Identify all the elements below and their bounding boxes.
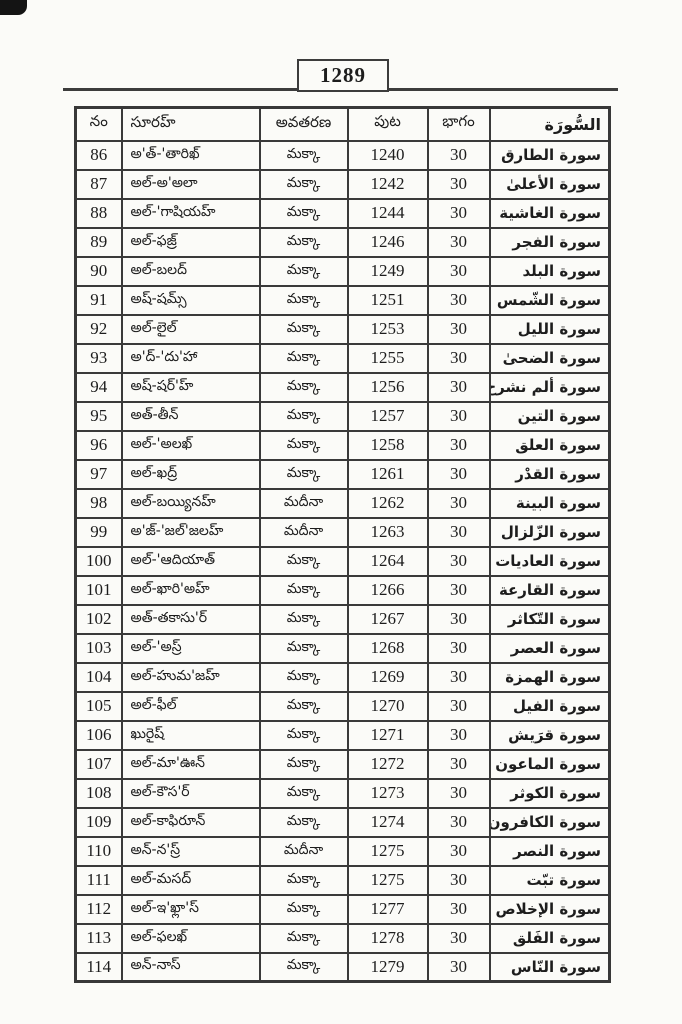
cell-page: 1266 [348, 576, 428, 605]
cell-number: 108 [76, 779, 122, 808]
cell-revelation: మక్కా [260, 431, 348, 460]
cell-surah-telugu: అల్-హుమ'జహ్ [122, 663, 260, 692]
cell-part: 30 [428, 547, 490, 576]
cell-page: 1261 [348, 460, 428, 489]
table-row: 108అల్-కౌస'ర్మక్కా127330سورة الكوثر [76, 779, 610, 808]
cell-revelation: మక్కా [260, 663, 348, 692]
col-header-page: పుట [348, 108, 428, 141]
cell-part: 30 [428, 257, 490, 286]
col-header-part: భాగం [428, 108, 490, 141]
cell-surah-arabic: سورة العلق [490, 431, 610, 460]
cell-surah-telugu: అల్-ఫలఖ్ [122, 924, 260, 953]
cell-part: 30 [428, 431, 490, 460]
cell-revelation: మక్కా [260, 373, 348, 402]
cell-page: 1272 [348, 750, 428, 779]
table-row: 102అత్-తకాసు'ర్మక్కా126730سورة التّكاثر [76, 605, 610, 634]
table-row: 109అల్-కాఫిరూన్మక్కా127430سورة الكافرون [76, 808, 610, 837]
cell-surah-telugu: అల్-మా'ఊన్ [122, 750, 260, 779]
cell-surah-arabic: سورة الهمزة [490, 663, 610, 692]
cell-surah-arabic: سورة ألم نشرح [490, 373, 610, 402]
cell-page: 1264 [348, 547, 428, 576]
cell-part: 30 [428, 460, 490, 489]
cell-surah-arabic: سورة الضحىٰ [490, 344, 610, 373]
cell-surah-telugu: అష్-షర్'హ్ [122, 373, 260, 402]
cell-surah-arabic: سورة البلد [490, 257, 610, 286]
cell-page: 1255 [348, 344, 428, 373]
cell-page: 1240 [348, 141, 428, 170]
cell-surah-arabic: سورة التّكاثر [490, 605, 610, 634]
cell-revelation: మక్కా [260, 228, 348, 257]
cell-part: 30 [428, 344, 490, 373]
cell-number: 91 [76, 286, 122, 315]
cell-page: 1277 [348, 895, 428, 924]
cell-surah-telugu: అత్-తకాసు'ర్ [122, 605, 260, 634]
cell-revelation: మక్కా [260, 953, 348, 982]
cell-surah-arabic: سورة العاديات [490, 547, 610, 576]
cell-surah-telugu: అల్-కౌస'ర్ [122, 779, 260, 808]
cell-revelation: మక్కా [260, 924, 348, 953]
cell-number: 104 [76, 663, 122, 692]
cell-revelation: మక్కా [260, 721, 348, 750]
cell-page: 1275 [348, 837, 428, 866]
cell-part: 30 [428, 402, 490, 431]
table-row: 103అల్-'అస్ర్మక్కా126830سورة العصر [76, 634, 610, 663]
table-row: 95అత్-తీన్మక్కా125730سورة التين [76, 402, 610, 431]
cell-part: 30 [428, 576, 490, 605]
cell-surah-arabic: سورة الكوثر [490, 779, 610, 808]
cell-page: 1270 [348, 692, 428, 721]
cell-number: 101 [76, 576, 122, 605]
cell-part: 30 [428, 924, 490, 953]
cell-number: 88 [76, 199, 122, 228]
cell-surah-telugu: అల్-బలద్ [122, 257, 260, 286]
cell-part: 30 [428, 895, 490, 924]
cell-number: 97 [76, 460, 122, 489]
table-row: 113అల్-ఫలఖ్మక్కా127830سورة الفَلق [76, 924, 610, 953]
table-row: 99అ'జ్-'జల్'జలహ్మదీనా126330سورة الزّلزال [76, 518, 610, 547]
cell-page: 1246 [348, 228, 428, 257]
cell-revelation: మక్కా [260, 257, 348, 286]
scan-artifact [0, 0, 27, 15]
cell-surah-telugu: అ'జ్-'జల్'జలహ్ [122, 518, 260, 547]
cell-part: 30 [428, 808, 490, 837]
cell-part: 30 [428, 286, 490, 315]
cell-number: 107 [76, 750, 122, 779]
table-row: 93అ'ద్-'దు'హామక్కా125530سورة الضحىٰ [76, 344, 610, 373]
table-row: 110అన్-న'స్ర్మదీనా127530سورة النصر [76, 837, 610, 866]
cell-surah-telugu: అల్-ఖారి'అహ్ [122, 576, 260, 605]
cell-revelation: మదీనా [260, 518, 348, 547]
cell-number: 114 [76, 953, 122, 982]
cell-revelation: మక్కా [260, 779, 348, 808]
cell-surah-telugu: ఖురైష్ [122, 721, 260, 750]
table-row: 86అ'త్-'తారిఖ్మక్కా124030سورة الطارق [76, 141, 610, 170]
cell-part: 30 [428, 315, 490, 344]
cell-surah-arabic: سورة الزّلزال [490, 518, 610, 547]
table-row: 90అల్-బలద్మక్కా124930سورة البلد [76, 257, 610, 286]
cell-surah-telugu: అల్-ఇ'ఖ్లా'స్ [122, 895, 260, 924]
cell-surah-arabic: سورة قرَيش [490, 721, 610, 750]
cell-surah-arabic: سورة النّاس [490, 953, 610, 982]
cell-page: 1256 [348, 373, 428, 402]
cell-number: 106 [76, 721, 122, 750]
surah-index-table: నం సూరహ్ అవతరణ పుట భాగం السُّورَة 86అ'త్… [74, 106, 611, 983]
cell-revelation: మక్కా [260, 634, 348, 663]
table-row: 100అల్-'ఆదియాత్మక్కా126430سورة العاديات [76, 547, 610, 576]
cell-part: 30 [428, 605, 490, 634]
cell-number: 99 [76, 518, 122, 547]
cell-part: 30 [428, 489, 490, 518]
cell-surah-telugu: అల్-ఫీల్ [122, 692, 260, 721]
cell-part: 30 [428, 373, 490, 402]
cell-revelation: మక్కా [260, 895, 348, 924]
cell-part: 30 [428, 837, 490, 866]
cell-page: 1274 [348, 808, 428, 837]
cell-surah-arabic: سورة العصر [490, 634, 610, 663]
cell-surah-arabic: سورة الإخلاص [490, 895, 610, 924]
cell-revelation: మక్కా [260, 315, 348, 344]
cell-surah-telugu: అల్-'అలఖ్ [122, 431, 260, 460]
col-header-surah: సూరహ్ [122, 108, 260, 141]
cell-surah-telugu: అల్-అ'అలా [122, 170, 260, 199]
table-row: 101అల్-ఖారి'అహ్మక్కా126630سورة القارعة [76, 576, 610, 605]
table-row: 88అల్-'గాషియహ్మక్కా124430سورة الغاشية [76, 199, 610, 228]
cell-surah-telugu: అల్-'అస్ర్ [122, 634, 260, 663]
table-row: 91అష్-షమ్స్మక్కా125130سورة الشّمس [76, 286, 610, 315]
cell-page: 1279 [348, 953, 428, 982]
cell-surah-arabic: سورة الطارق [490, 141, 610, 170]
cell-page: 1268 [348, 634, 428, 663]
cell-part: 30 [428, 170, 490, 199]
cell-surah-arabic: سورة الكافرون [490, 808, 610, 837]
cell-number: 94 [76, 373, 122, 402]
cell-number: 105 [76, 692, 122, 721]
table-row: 111అల్-మసద్మక్కా127530سورة تبّت [76, 866, 610, 895]
cell-number: 87 [76, 170, 122, 199]
cell-surah-arabic: سورة الفيل [490, 692, 610, 721]
cell-part: 30 [428, 779, 490, 808]
cell-surah-arabic: سورة الغاشية [490, 199, 610, 228]
cell-number: 90 [76, 257, 122, 286]
cell-number: 96 [76, 431, 122, 460]
cell-surah-arabic: سورة الأعلىٰ [490, 170, 610, 199]
cell-surah-arabic: سورة القدْر [490, 460, 610, 489]
cell-number: 92 [76, 315, 122, 344]
cell-part: 30 [428, 228, 490, 257]
cell-surah-arabic: سورة البينة [490, 489, 610, 518]
table-row: 105అల్-ఫీల్మక్కా127030سورة الفيل [76, 692, 610, 721]
surah-index: నం సూరహ్ అవతరణ పుట భాగం السُّورَة 86అ'త్… [74, 106, 611, 983]
cell-number: 113 [76, 924, 122, 953]
cell-number: 100 [76, 547, 122, 576]
cell-part: 30 [428, 634, 490, 663]
cell-number: 103 [76, 634, 122, 663]
cell-revelation: మక్కా [260, 170, 348, 199]
cell-page: 1275 [348, 866, 428, 895]
cell-surah-arabic: سورة الشّمس [490, 286, 610, 315]
cell-revelation: మక్కా [260, 344, 348, 373]
cell-surah-arabic: سورة الماعون [490, 750, 610, 779]
cell-surah-telugu: అత్-తీన్ [122, 402, 260, 431]
cell-number: 110 [76, 837, 122, 866]
cell-surah-arabic: سورة النصر [490, 837, 610, 866]
table-row: 96అల్-'అలఖ్మక్కా125830سورة العلق [76, 431, 610, 460]
cell-part: 30 [428, 866, 490, 895]
cell-revelation: మక్కా [260, 808, 348, 837]
table-row: 89అల్-ఫజ్ర్మక్కా124630سورة الفجر [76, 228, 610, 257]
col-header-number: నం [76, 108, 122, 141]
cell-revelation: మక్కా [260, 750, 348, 779]
cell-page: 1249 [348, 257, 428, 286]
cell-revelation: మక్కా [260, 141, 348, 170]
cell-surah-telugu: అల్-ఫజ్ర్ [122, 228, 260, 257]
cell-number: 111 [76, 866, 122, 895]
cell-revelation: మక్కా [260, 692, 348, 721]
table-row: 94అష్-షర్'హ్మక్కా125630سورة ألم نشرح [76, 373, 610, 402]
cell-surah-telugu: అ'త్-'తారిఖ్ [122, 141, 260, 170]
cell-part: 30 [428, 750, 490, 779]
cell-revelation: మక్కా [260, 576, 348, 605]
page-number-box: 1289 [297, 59, 389, 92]
cell-part: 30 [428, 518, 490, 547]
header-row: నం సూరహ్ అవతరణ పుట భాగం السُّورَة [76, 108, 610, 141]
cell-page: 1271 [348, 721, 428, 750]
cell-number: 102 [76, 605, 122, 634]
table-row: 107అల్-మా'ఊన్మక్కా127230سورة الماعون [76, 750, 610, 779]
cell-surah-telugu: అల్-ఖద్ర్ [122, 460, 260, 489]
cell-part: 30 [428, 199, 490, 228]
cell-surah-arabic: سورة تبّت [490, 866, 610, 895]
cell-page: 1267 [348, 605, 428, 634]
col-header-surah-arabic: السُّورَة [490, 108, 610, 141]
cell-revelation: మదీనా [260, 489, 348, 518]
cell-surah-telugu: అన్-న'స్ర్ [122, 837, 260, 866]
cell-page: 1251 [348, 286, 428, 315]
cell-revelation: మక్కా [260, 402, 348, 431]
cell-page: 1273 [348, 779, 428, 808]
cell-surah-telugu: అల్-'ఆదియాత్ [122, 547, 260, 576]
cell-number: 109 [76, 808, 122, 837]
cell-part: 30 [428, 721, 490, 750]
col-header-revelation: అవతరణ [260, 108, 348, 141]
cell-revelation: మదీనా [260, 837, 348, 866]
cell-part: 30 [428, 953, 490, 982]
cell-surah-arabic: سورة الفجر [490, 228, 610, 257]
cell-part: 30 [428, 692, 490, 721]
cell-surah-telugu: అన్-నాస్ [122, 953, 260, 982]
cell-part: 30 [428, 663, 490, 692]
cell-surah-telugu: అల్-లైల్ [122, 315, 260, 344]
cell-number: 93 [76, 344, 122, 373]
cell-page: 1258 [348, 431, 428, 460]
page-number: 1289 [320, 63, 366, 88]
cell-revelation: మక్కా [260, 286, 348, 315]
cell-page: 1242 [348, 170, 428, 199]
cell-surah-telugu: అల్-కాఫిరూన్ [122, 808, 260, 837]
table-row: 112అల్-ఇ'ఖ్లా'స్మక్కా127730سورة الإخلاص [76, 895, 610, 924]
table-row: 97అల్-ఖద్ర్మక్కా126130سورة القدْر [76, 460, 610, 489]
cell-page: 1253 [348, 315, 428, 344]
cell-part: 30 [428, 141, 490, 170]
cell-number: 95 [76, 402, 122, 431]
cell-number: 89 [76, 228, 122, 257]
table-row: 98అల్-బయ్యినహ్మదీనా126230سورة البينة [76, 489, 610, 518]
cell-page: 1263 [348, 518, 428, 547]
cell-surah-arabic: سورة التين [490, 402, 610, 431]
table-row: 104అల్-హుమ'జహ్మక్కా126930سورة الهمزة [76, 663, 610, 692]
table-row: 87అల్-అ'అలామక్కా124230سورة الأعلىٰ [76, 170, 610, 199]
cell-surah-telugu: అల్-'గాషియహ్ [122, 199, 260, 228]
cell-revelation: మక్కా [260, 866, 348, 895]
cell-surah-telugu: అల్-బయ్యినహ్ [122, 489, 260, 518]
table-row: 92అల్-లైల్మక్కా125330سورة الليل [76, 315, 610, 344]
cell-surah-arabic: سورة القارعة [490, 576, 610, 605]
cell-number: 98 [76, 489, 122, 518]
cell-page: 1278 [348, 924, 428, 953]
cell-page: 1262 [348, 489, 428, 518]
cell-number: 86 [76, 141, 122, 170]
cell-revelation: మక్కా [260, 199, 348, 228]
cell-page: 1257 [348, 402, 428, 431]
table-row: 114అన్-నాస్మక్కా127930سورة النّاس [76, 953, 610, 982]
table-row: 106ఖురైష్మక్కా127130سورة قرَيش [76, 721, 610, 750]
cell-revelation: మక్కా [260, 460, 348, 489]
cell-number: 112 [76, 895, 122, 924]
cell-surah-arabic: سورة الفَلق [490, 924, 610, 953]
cell-surah-telugu: అ'ద్-'దు'హా [122, 344, 260, 373]
cell-page: 1244 [348, 199, 428, 228]
cell-revelation: మక్కా [260, 547, 348, 576]
cell-page: 1269 [348, 663, 428, 692]
cell-surah-telugu: అష్-షమ్స్ [122, 286, 260, 315]
cell-revelation: మక్కా [260, 605, 348, 634]
cell-surah-telugu: అల్-మసద్ [122, 866, 260, 895]
cell-surah-arabic: سورة الليل [490, 315, 610, 344]
